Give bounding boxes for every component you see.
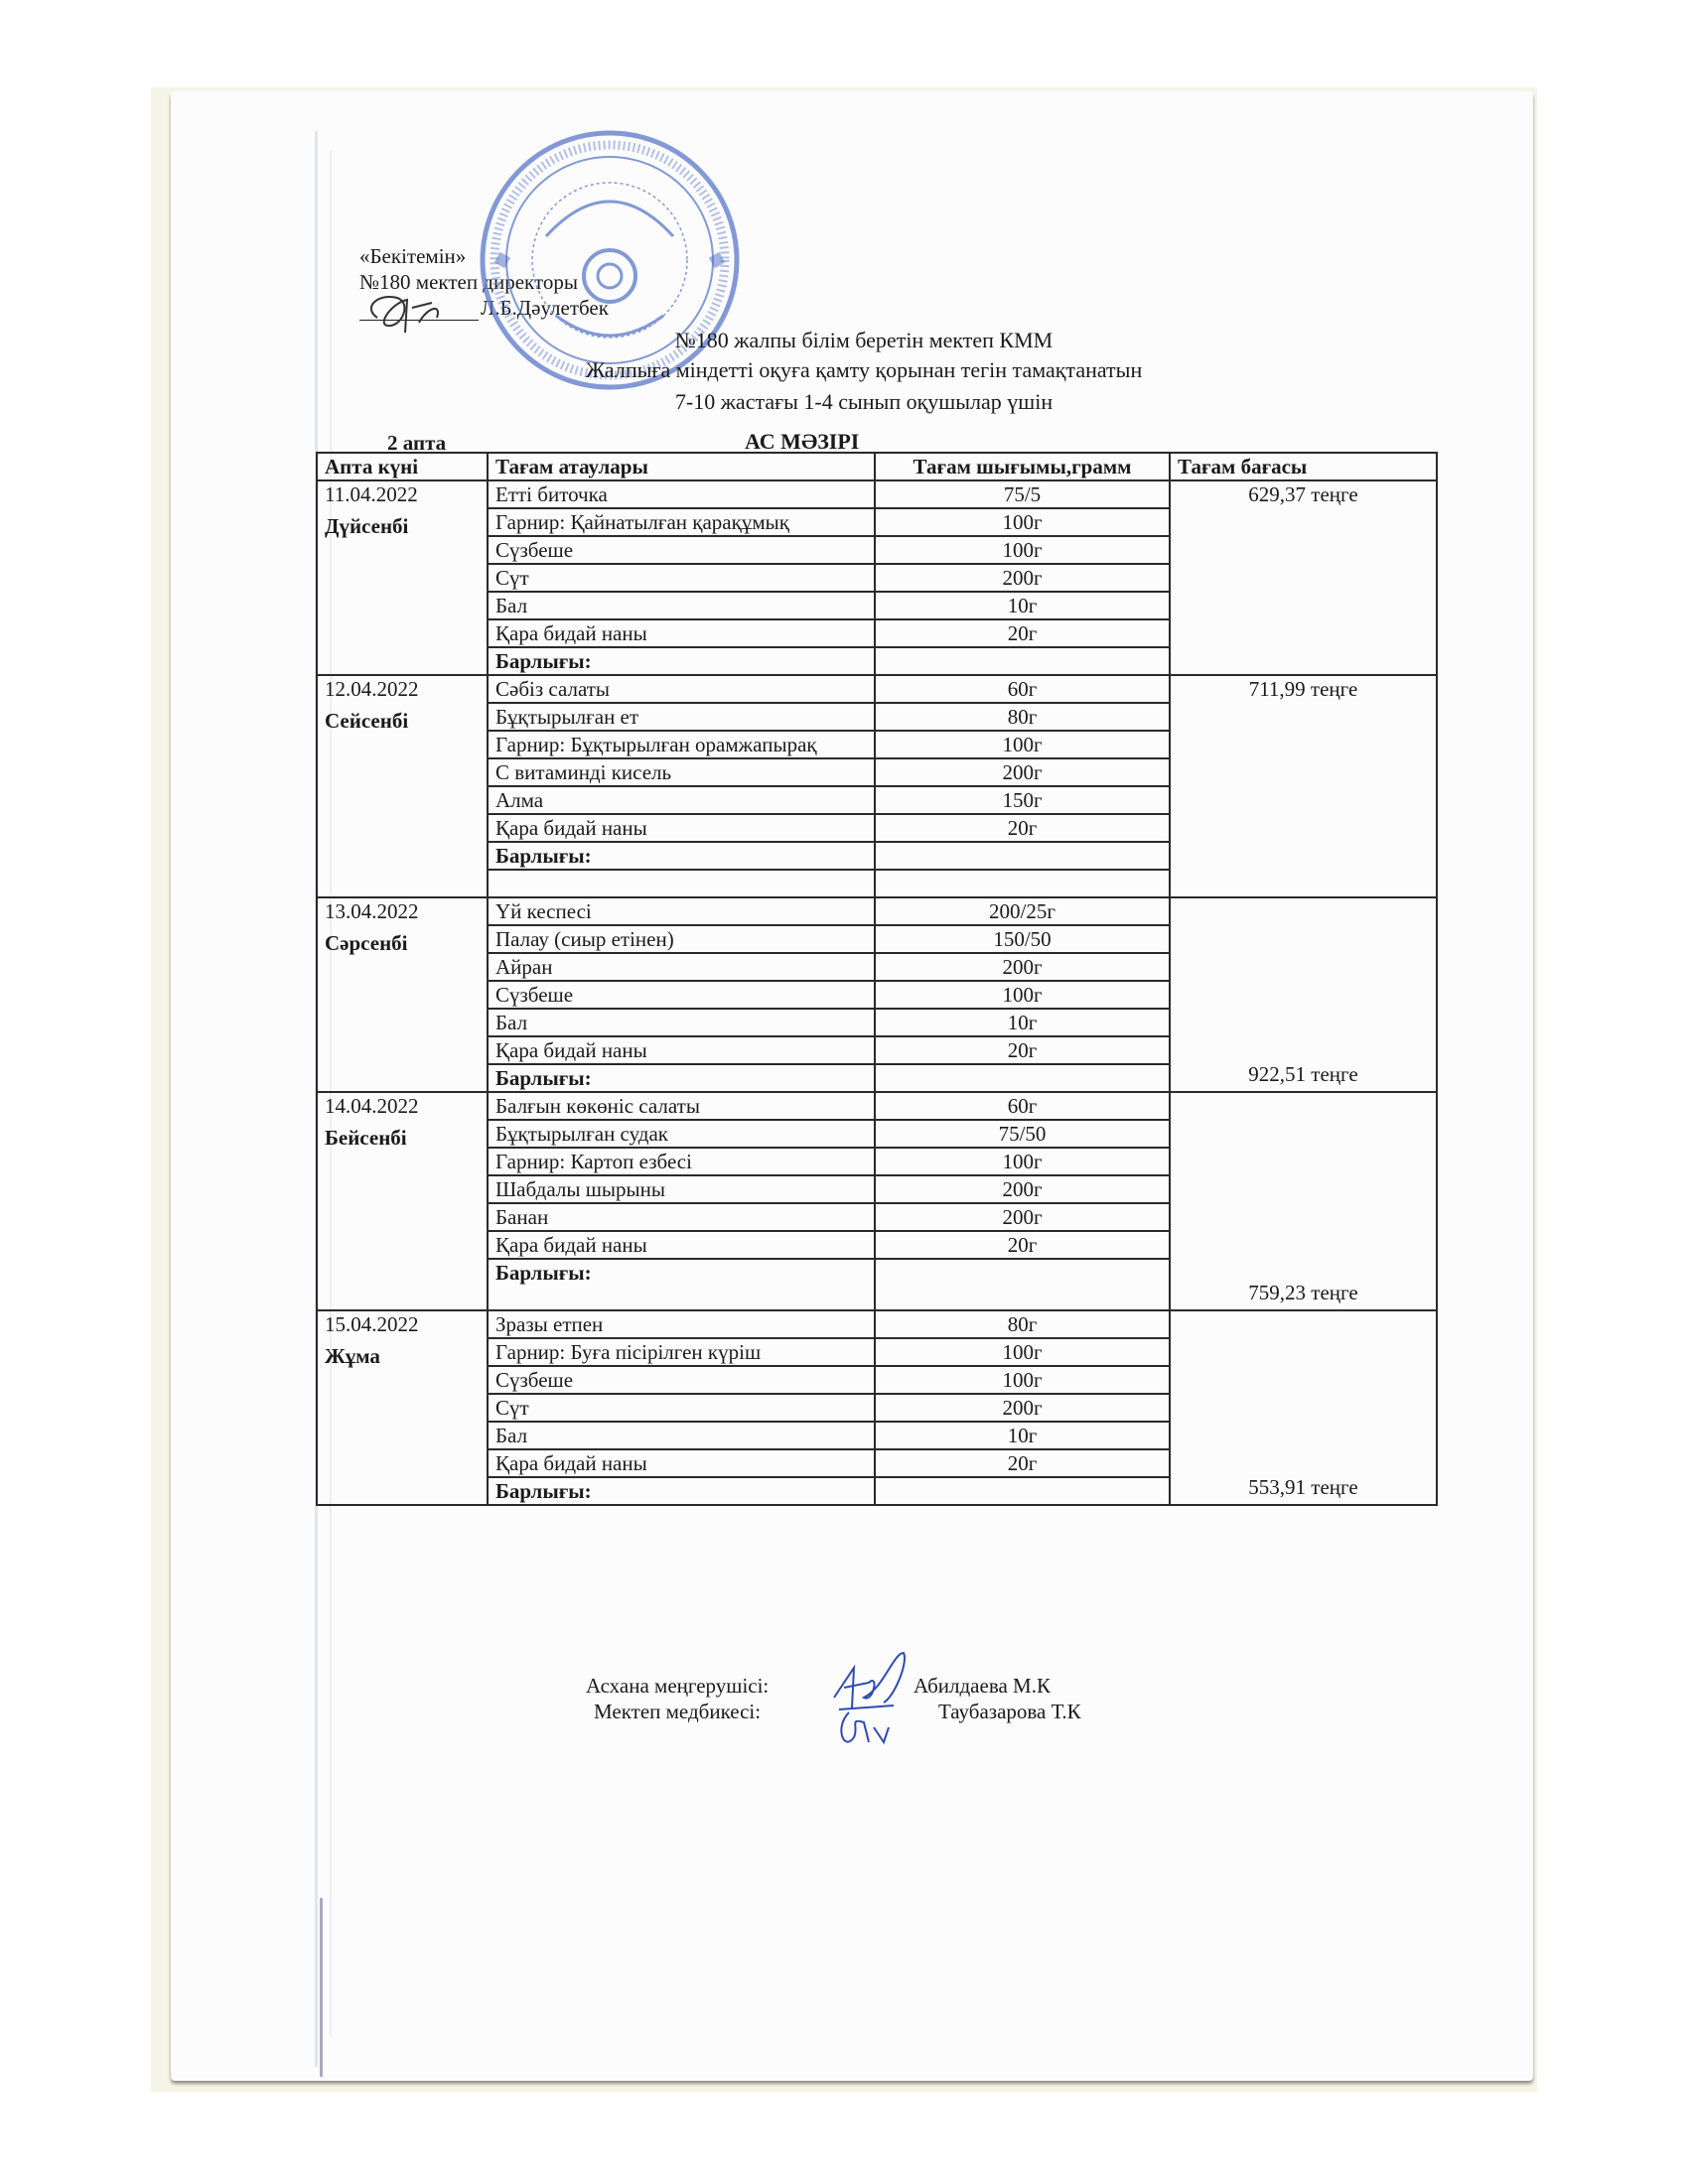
dish-yield: 200/25г xyxy=(875,897,1170,925)
header-weekday: Апта күні xyxy=(317,453,488,480)
total-label: Барлығы: xyxy=(488,1064,875,1092)
signature-name: Абилдаева М.К xyxy=(914,1673,1051,1699)
dish-name: Қара бидай наны xyxy=(488,814,875,842)
menu-table: Апта күні Тағам атаулары Тағам шығымы,гр… xyxy=(316,452,1438,1506)
table-row: 12.04.2022СейсенбіСәбіз салаты60г711,99 … xyxy=(317,675,1437,703)
dish-yield: 20г xyxy=(875,1449,1170,1477)
dish-name: Сүт xyxy=(488,564,875,592)
table-row: 15.04.2022ЖұмаЗразы етпен80г553,91 теңге xyxy=(317,1310,1437,1338)
total-yield-empty xyxy=(875,842,1170,870)
dish-name: Палау (сиыр етінен) xyxy=(488,925,875,953)
approval-block: «Бекітемін» №180 мектеп директоры Л.Б.Дә… xyxy=(359,243,609,321)
dish-yield: 20г xyxy=(875,814,1170,842)
blank-cell xyxy=(875,870,1170,897)
weekday-name: Сейсенбі xyxy=(325,708,480,734)
total-yield-empty xyxy=(875,1477,1170,1505)
dish-name: Сүзбеше xyxy=(488,1366,875,1394)
dish-yield: 100г xyxy=(875,1366,1170,1394)
signature-name: Таубазарова Т.К xyxy=(938,1699,1081,1724)
total-label: Барлығы: xyxy=(488,842,875,870)
audience-description: 7-10 жастағы 1-4 сынып оқушылар үшін xyxy=(437,389,1291,415)
table-row: 13.04.2022СәрсенбіҮй кеспесі200/25г922,5… xyxy=(317,897,1437,925)
daily-price: 922,51 теңге xyxy=(1170,897,1437,1092)
dish-yield: 80г xyxy=(875,1310,1170,1338)
total-label: Барлығы: xyxy=(488,1477,875,1505)
table-row: 14.04.2022БейсенбіБалғын көкөніс салаты6… xyxy=(317,1092,1437,1120)
dish-yield: 60г xyxy=(875,1092,1170,1120)
dish-yield: 200г xyxy=(875,1175,1170,1203)
approval-director-line: №180 мектеп директоры xyxy=(359,269,609,295)
dish-yield: 200г xyxy=(875,564,1170,592)
date-text: 12.04.2022 xyxy=(325,677,419,701)
dish-yield: 200г xyxy=(875,758,1170,786)
weekday-cell: 11.04.2022Дүйсенбі xyxy=(317,480,488,675)
weekday-name: Бейсенбі xyxy=(325,1125,480,1151)
total-label: Барлығы: xyxy=(488,1259,875,1310)
dish-yield: 100г xyxy=(875,1148,1170,1175)
total-yield-empty xyxy=(875,1064,1170,1092)
dish-yield: 10г xyxy=(875,1422,1170,1449)
signature-role: Асхана меңгерушісі: xyxy=(586,1673,769,1699)
weekday-name: Сәрсенбі xyxy=(325,930,480,956)
date-text: 11.04.2022 xyxy=(325,482,418,506)
dish-name: Үй кеспесі xyxy=(488,897,875,925)
dish-yield: 100г xyxy=(875,731,1170,758)
weekday-cell: 15.04.2022Жұма xyxy=(317,1310,488,1505)
dish-name: Бұқтырылған судак xyxy=(488,1120,875,1148)
daily-price: 553,91 теңге xyxy=(1170,1310,1437,1505)
dish-yield: 75/5 xyxy=(875,480,1170,508)
dish-name: Қара бидай наны xyxy=(488,1449,875,1477)
total-yield-empty xyxy=(875,647,1170,675)
dish-name: Зразы етпен xyxy=(488,1310,875,1338)
dish-name: Балғын көкөніс салаты xyxy=(488,1092,875,1120)
header-yield: Тағам шығымы,грамм xyxy=(875,453,1170,480)
header-price: Тағам бағасы xyxy=(1170,453,1437,480)
approval-signatory: Л.Б.Дәулетбек xyxy=(481,296,609,320)
dish-yield: 10г xyxy=(875,592,1170,619)
dish-name: С витаминді кисель xyxy=(488,758,875,786)
header-dish-names: Тағам атаулары xyxy=(488,453,875,480)
dish-name: Сәбіз салаты xyxy=(488,675,875,703)
dish-yield: 75/50 xyxy=(875,1120,1170,1148)
dish-name: Сүт xyxy=(488,1394,875,1422)
dish-yield: 100г xyxy=(875,508,1170,536)
dish-name: Айран xyxy=(488,953,875,981)
weekday-name: Жұма xyxy=(325,1343,480,1369)
dish-yield: 100г xyxy=(875,981,1170,1009)
dish-yield: 200г xyxy=(875,953,1170,981)
dish-name: Бал xyxy=(488,1422,875,1449)
blank-cell xyxy=(488,870,875,897)
dish-name: Бал xyxy=(488,592,875,619)
approval-title: «Бекітемін» xyxy=(359,243,609,269)
dish-yield: 80г xyxy=(875,703,1170,731)
dish-yield: 200г xyxy=(875,1394,1170,1422)
dish-yield: 150г xyxy=(875,786,1170,814)
program-description: Жалпыға міндетті оқуға қамту қорынан тег… xyxy=(437,357,1291,383)
dish-name: Гарнир: Бұқтырылған орамжапырақ xyxy=(488,731,875,758)
approval-signatory-line: Л.Б.Дәулетбек xyxy=(359,295,609,321)
signature-role: Мектеп медбикесі: xyxy=(594,1699,761,1724)
dish-yield: 150/50 xyxy=(875,925,1170,953)
daily-price: 711,99 теңге xyxy=(1170,675,1437,897)
date-text: 15.04.2022 xyxy=(325,1312,419,1336)
scan-streak xyxy=(320,1898,323,2077)
dish-name: Қара бидай наны xyxy=(488,1036,875,1064)
dish-name: Қара бидай наны xyxy=(488,619,875,647)
weekday-name: Дүйсенбі xyxy=(325,513,480,539)
menu-body: 11.04.2022ДүйсенбіЕтті биточка75/5629,37… xyxy=(317,480,1437,1505)
dish-yield: 20г xyxy=(875,1231,1170,1259)
dish-name: Бал xyxy=(488,1009,875,1036)
weekday-cell: 14.04.2022Бейсенбі xyxy=(317,1092,488,1310)
dish-name: Сүзбеше xyxy=(488,981,875,1009)
daily-price: 759,23 теңге xyxy=(1170,1092,1437,1310)
dish-yield: 20г xyxy=(875,1036,1170,1064)
dish-name: Етті биточка xyxy=(488,480,875,508)
date-text: 14.04.2022 xyxy=(325,1094,419,1118)
weekday-cell: 13.04.2022Сәрсенбі xyxy=(317,897,488,1092)
table-row: 11.04.2022ДүйсенбіЕтті биточка75/5629,37… xyxy=(317,480,1437,508)
dish-yield: 200г xyxy=(875,1203,1170,1231)
dish-yield: 100г xyxy=(875,536,1170,564)
total-yield-empty xyxy=(875,1259,1170,1310)
dish-name: Сүзбеше xyxy=(488,536,875,564)
daily-price: 629,37 теңге xyxy=(1170,480,1437,675)
table-header-row: Апта күні Тағам атаулары Тағам шығымы,гр… xyxy=(317,453,1437,480)
dish-name: Қара бидай наны xyxy=(488,1231,875,1259)
weekday-cell: 12.04.2022Сейсенбі xyxy=(317,675,488,897)
dish-name: Гарнир: Картоп езбесі xyxy=(488,1148,875,1175)
dish-name: Бұқтырылған ет xyxy=(488,703,875,731)
dish-yield: 60г xyxy=(875,675,1170,703)
date-text: 13.04.2022 xyxy=(325,899,419,923)
dish-yield: 10г xyxy=(875,1009,1170,1036)
signature-line xyxy=(359,300,479,321)
dish-yield: 100г xyxy=(875,1338,1170,1366)
dish-yield: 20г xyxy=(875,619,1170,647)
dish-name: Гарнир: Буға пісірілген күріш xyxy=(488,1338,875,1366)
total-label: Барлығы: xyxy=(488,647,875,675)
dish-name: Алма xyxy=(488,786,875,814)
dish-name: Банан xyxy=(488,1203,875,1231)
school-name: №180 жалпы білім беретін мектеп КММ xyxy=(437,328,1291,353)
dish-name: Шабдалы шырыны xyxy=(488,1175,875,1203)
dish-name: Гарнир: Қайнатылған қарақұмық xyxy=(488,508,875,536)
